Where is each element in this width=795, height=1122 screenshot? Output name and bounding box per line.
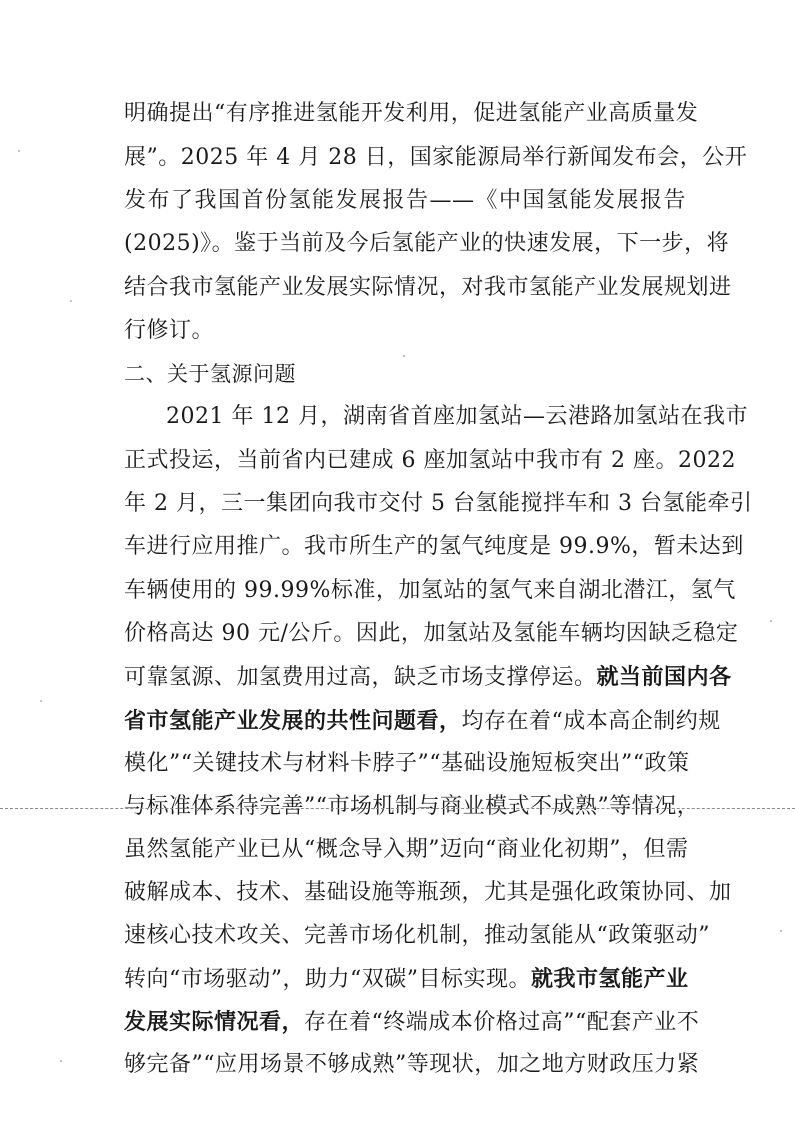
text-line: 结合我市氢能产业发展实际情况，对我市氢能产业发展规划进 — [124, 274, 686, 302]
text-segment: 可靠氢源、加氢费用过高，缺乏市场支撑停运。 — [124, 665, 597, 690]
text-line: 2021 年 12 月，湖南省首座加氢站—云港路加氢站在我市 — [166, 403, 686, 431]
text-line: 破解成本、技术、基础设施等瓶颈，尤其是强化政策协同、加 — [124, 879, 686, 907]
scan-speck — [780, 930, 782, 932]
text-line: 发展实际情况看，存在着“终端成本价格过高”“配套产业不 — [124, 1008, 686, 1036]
bold-text-segment: 省市氢能产业发展的共性问题看， — [124, 708, 462, 734]
text-segment: 存在着“终端成本价格过高”“配套产业不 — [304, 1010, 699, 1035]
text-line: 转向“市场驱动”，助力“双碳”目标实现。就我市氢能产业 — [124, 965, 686, 993]
scan-speck — [60, 1060, 62, 1062]
scan-speck — [403, 355, 405, 357]
text-segment: 转向“市场驱动”，助力“双碳”目标实现。 — [124, 967, 531, 992]
text-line: 省市氢能产业发展的共性问题看，均存在着“成本高企制约规 — [124, 707, 686, 735]
text-segment: 年 2 月，三一集团向我市交付 5 台氢能搅拌车和 3 台氢能牵引 — [124, 491, 752, 516]
text-line: 行修订。 — [124, 317, 686, 345]
text-segment: 正式投运，当前省内已建成 6 座加氢站中我市有 2 座。2022 — [124, 448, 736, 473]
bold-text-segment: 发展实际情况看， — [124, 1009, 304, 1035]
bold-text-segment: 就当前国内各 — [597, 664, 732, 690]
text-segment: 与标准体系待完善”“市场机制与商业模式不成熟”等情况， — [124, 794, 699, 819]
text-segment: 车进行应用推广。我市所生产的氢气纯度是 99.9%，暂未达到 — [124, 534, 744, 559]
text-line: 正式投运，当前省内已建成 6 座加氢站中我市有 2 座。2022 — [124, 447, 686, 475]
text-segment: 行修订。 — [124, 318, 214, 343]
scan-artifact-line — [0, 808, 795, 809]
bold-text-segment: 就我市氢能产业 — [531, 966, 689, 992]
text-segment: 模化”“关键技术与材料卡脖子”“基础设施短板突出”“政策 — [124, 751, 689, 776]
scan-speck — [40, 700, 42, 702]
text-line: 虽然氢能产业已从“概念导入期”迈向“商业化初期”，但需 — [124, 836, 686, 864]
text-segment: 价格高达 90 元/公斤。因此，加氢站及氢能车辆均因缺乏稳定 — [124, 621, 738, 646]
text-line: 可靠氢源、加氢费用过高，缺乏市场支撑停运。就当前国内各 — [124, 663, 686, 691]
text-segment: (2025)》。鉴于当前及今后氢能产业的快速发展，下一步，将 — [124, 231, 729, 256]
text-segment: 展”。2025 年 4 月 28 日，国家能源局举行新闻发布会，公开 — [124, 145, 747, 170]
text-line: 年 2 月，三一集团向我市交付 5 台氢能搅拌车和 3 台氢能牵引 — [124, 490, 686, 518]
text-segment: 虽然氢能产业已从“概念导入期”迈向“商业化初期”，但需 — [124, 837, 689, 862]
scan-speck — [18, 150, 20, 152]
text-line: (2025)》。鉴于当前及今后氢能产业的快速发展，下一步，将 — [124, 230, 686, 258]
text-line: 价格高达 90 元/公斤。因此，加氢站及氢能车辆均因缺乏稳定 — [124, 620, 686, 648]
text-segment: 够完备”“应用场景不够成熟”等现状，加之地方财政压力紧 — [124, 1052, 699, 1077]
text-segment: 速核心技术攻关、完善市场化机制，推动氢能从“政策驱动” — [124, 923, 710, 948]
scan-speck — [770, 620, 772, 622]
text-line: 模化”“关键技术与材料卡脖子”“基础设施短板突出”“政策 — [124, 750, 686, 778]
document-page: 明确提出“有序推进氢能开发利用，促进氢能产业高质量发 展”。2025 年 4 月… — [0, 0, 795, 1122]
text-line: 车辆使用的 99.99%标准，加氢站的氢气来自湖北潜江，氢气 — [124, 577, 686, 605]
scan-speck — [70, 300, 72, 302]
text-segment: 车辆使用的 99.99%标准，加氢站的氢气来自湖北潜江，氢气 — [124, 578, 736, 603]
section-heading: 二、关于氢源问题 — [124, 360, 686, 388]
text-segment: 明确提出“有序推进氢能开发利用，促进氢能产业高质量发 — [124, 101, 698, 126]
text-segment: 发布了我国首份氢能发展报告——《中国氢能发展报告 — [124, 188, 686, 213]
text-line: 够完备”“应用场景不够成熟”等现状，加之地方财政压力紧 — [124, 1051, 686, 1079]
text-segment: 均存在着“成本高企制约规 — [462, 709, 721, 734]
text-segment: 破解成本、技术、基础设施等瓶颈，尤其是强化政策协同、加 — [124, 880, 732, 905]
text-line: 与标准体系待完善”“市场机制与商业模式不成熟”等情况， — [124, 793, 686, 821]
text-line: 速核心技术攻关、完善市场化机制，推动氢能从“政策驱动” — [124, 922, 686, 950]
text-segment: 结合我市氢能产业发展实际情况，对我市氢能产业发展规划进 — [124, 275, 732, 300]
text-segment: 2021 年 12 月，湖南省首座加氢站—云港路加氢站在我市 — [166, 404, 748, 429]
text-line: 发布了我国首份氢能发展报告——《中国氢能发展报告 — [124, 187, 686, 215]
text-line: 展”。2025 年 4 月 28 日，国家能源局举行新闻发布会，公开 — [124, 144, 686, 172]
text-line: 车进行应用推广。我市所生产的氢气纯度是 99.9%，暂未达到 — [124, 533, 686, 561]
text-line: 明确提出“有序推进氢能开发利用，促进氢能产业高质量发 — [124, 100, 686, 128]
